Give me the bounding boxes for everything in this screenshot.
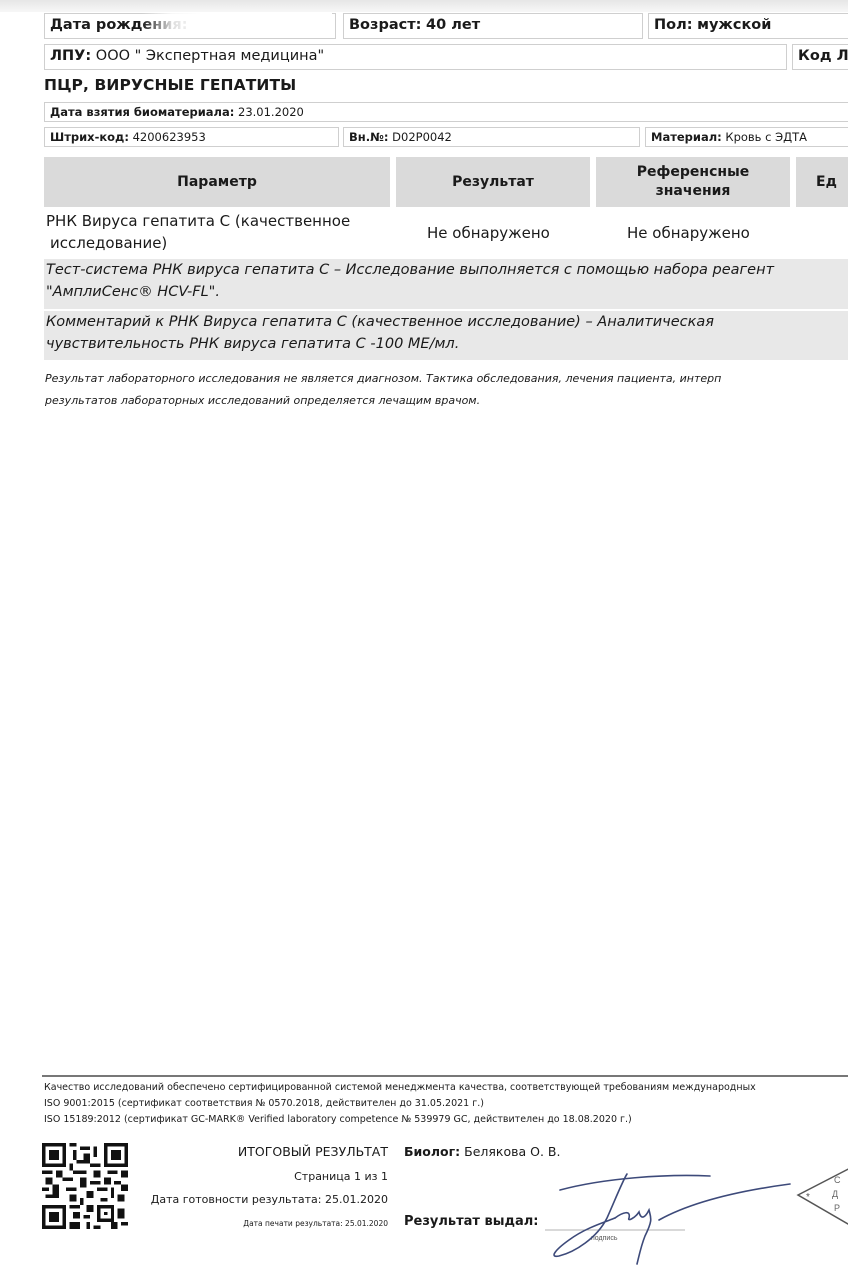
material-field: Материал: Кровь с ЭДТА — [645, 127, 848, 147]
comment-note: Комментарий к РНК Вируса гепатита С (кач… — [44, 311, 848, 360]
header-parameter: Параметр — [44, 157, 390, 207]
material-value: Кровь с ЭДТА — [725, 130, 807, 144]
ready-date: Дата готовности результата: 25.01.2020 — [151, 1193, 388, 1206]
lpu-label: ЛПУ: — [50, 48, 91, 64]
stamp-icon: * С Д Р — [790, 1155, 848, 1235]
reference-value: Не обнаружено — [627, 222, 750, 244]
internal-number-field: Вн.№: D02P0042 — [343, 127, 640, 147]
section-title: ПЦР, ВИРУСНЫЕ ГЕПАТИТЫ — [44, 76, 296, 94]
barcode-field: Штрих-код: 4200623953 — [44, 127, 339, 147]
disclaimer-line2: результатов лабораторных исследований оп… — [45, 390, 721, 412]
age-label: Возраст: — [349, 17, 421, 33]
final-result-label: ИТОГОВЫЙ РЕЗУЛЬТАТ — [238, 1144, 388, 1159]
certification-line-3: ISO 15189:2012 (сертификат GC-MARK® Veri… — [44, 1112, 632, 1127]
internal-number-value: D02P0042 — [392, 130, 452, 144]
collection-date-label: Дата взятия биоматериала: — [50, 105, 234, 119]
svg-text:Д: Д — [832, 1189, 838, 1199]
disclaimer: Результат лабораторного исследования не … — [45, 368, 721, 412]
page-indicator: Страница 1 из 1 — [294, 1170, 388, 1183]
issued-by-label: Результат выдал: — [404, 1214, 538, 1229]
barcode-label: Штрих-код: — [50, 130, 129, 144]
sex-field: Пол: мужской — [648, 13, 848, 39]
sex-label: Пол: — [654, 17, 693, 33]
parameter-name-line2: исследование) — [50, 232, 167, 254]
lpu-value: ООО " Экспертная медицина" — [96, 48, 324, 64]
lpu-field: ЛПУ: ООО " Экспертная медицина" — [44, 44, 787, 70]
result-value: Не обнаружено — [427, 222, 550, 244]
comment-note-line2: чувствительность РНК вируса гепатита С -… — [46, 333, 848, 355]
comment-note-line1: Комментарий к РНК Вируса гепатита С (кач… — [46, 311, 848, 333]
biologist-name: Белякова О. В. — [464, 1144, 560, 1159]
header-result: Результат — [396, 157, 590, 207]
redaction-overlay — [142, 13, 332, 37]
top-edge — [0, 0, 848, 12]
test-system-note: Тест-система РНК вируса гепатита С – Исс… — [44, 259, 848, 309]
collection-date-value: 23.01.2020 — [238, 105, 304, 119]
signature-caption: подпись — [591, 1235, 618, 1242]
biologist: Биолог: Белякова О. В. — [404, 1144, 560, 1159]
parameter-name-line1: РНК Вируса гепатита С (качественное — [46, 210, 350, 232]
certification-line-1: Качество исследований обеспечено сертифи… — [44, 1080, 756, 1095]
age-field: Возраст: 40 лет — [343, 13, 643, 39]
svg-text:Р: Р — [834, 1203, 840, 1213]
test-system-note-line2: "АмплиСенс® HCV-FL". — [46, 281, 848, 303]
lpu-code-label: Код Л — [798, 48, 848, 64]
svg-text:С: С — [834, 1175, 841, 1185]
svg-text:*: * — [806, 1192, 810, 1203]
disclaimer-line1: Результат лабораторного исследования не … — [45, 368, 721, 390]
footer-divider — [42, 1075, 848, 1077]
qr-code-icon — [41, 1143, 129, 1229]
header-unit: Ед — [796, 157, 848, 207]
barcode-value: 4200623953 — [133, 130, 206, 144]
biologist-label: Биолог: — [404, 1144, 460, 1159]
print-date: Дата печати результата: 25.01.2020 — [243, 1219, 388, 1228]
collection-date-field: Дата взятия биоматериала: 23.01.2020 — [44, 102, 848, 122]
material-label: Материал: — [651, 130, 722, 144]
internal-number-label: Вн.№: — [349, 130, 389, 144]
test-system-note-line1: Тест-система РНК вируса гепатита С – Исс… — [46, 259, 848, 281]
certification-line-2: ISO 9001:2015 (сертификат соответствия №… — [44, 1096, 484, 1111]
sex-value: мужской — [697, 17, 771, 33]
signature-icon: подпись — [545, 1160, 795, 1270]
age-value: 40 лет — [426, 17, 480, 33]
lpu-code-field: Код Л — [792, 44, 848, 70]
header-reference: Референсные значения — [596, 157, 790, 207]
